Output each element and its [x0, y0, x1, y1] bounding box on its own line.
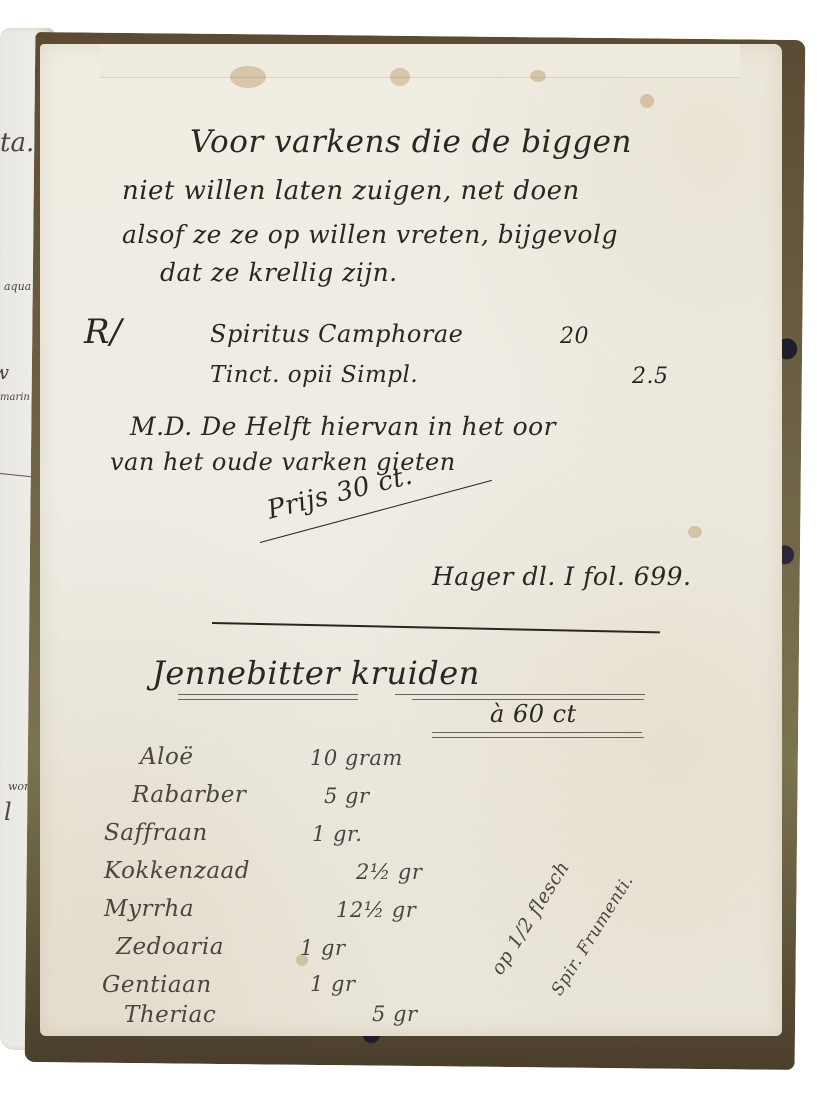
recipe-2-ingredient-amount: 5 gr — [372, 1002, 418, 1026]
notebook-page: Voor varkens die de biggen niet willen l… — [40, 44, 782, 1036]
recipe-1-instruction-line: M.D. De Helft hiervan in het oor — [130, 412, 556, 441]
recipe-2-ingredient-amount: 1 gr. — [312, 822, 362, 846]
page-top-strip — [100, 44, 740, 78]
recipe-2-ingredient-name: Aloë — [140, 744, 193, 770]
recipe-1-title-line: alsof ze ze op willen vreten, bijgevolg — [122, 220, 618, 249]
recipe-2-ingredient-name: Saffraan — [104, 820, 208, 846]
recipe-1-reference: Hager dl. I fol. 699. — [432, 562, 691, 591]
recipe-1-ingredient-name: Spiritus Camphorae — [210, 320, 463, 348]
recipe-2-ingredient-amount: 12½ gr — [336, 898, 416, 922]
left-page-fragment: w — [0, 360, 9, 384]
title-underline — [178, 699, 358, 700]
left-page-fragment: marin — [0, 392, 30, 403]
recipe-2-ingredient-amount: 10 gram — [310, 746, 403, 770]
recipe-2-ingredient-amount: 5 gr — [324, 784, 370, 808]
recipe-2-ingredient-name: Zedoaria — [116, 934, 224, 960]
price-underline — [432, 737, 644, 738]
recipe-1-title-line: Voor varkens die de biggen — [190, 124, 632, 160]
recipe-2-ingredient-name: Gentiaan — [102, 972, 212, 998]
recipe-2-ingredient-amount: 1 gr — [310, 972, 356, 996]
recipe-1-title-line: dat ze krellig zijn. — [160, 258, 398, 287]
recipe-2-ingredient-name: Theriac — [124, 1002, 216, 1028]
left-page-fragment: ta. — [0, 128, 34, 158]
recipe-2-ingredient-amount: 1 gr — [300, 936, 346, 960]
recipe-2-side-note: op 1/2 flesch — [487, 857, 574, 979]
recipe-2-ingredient-name: Rabarber — [132, 782, 246, 808]
recipe-2-side-note: Spir. Frumenti. — [548, 871, 638, 999]
title-underline — [395, 694, 645, 695]
recipe-2-price: à 60 ct — [490, 700, 577, 728]
recipe-2-ingredient-name: Myrrha — [104, 896, 194, 922]
section-divider — [212, 622, 660, 633]
left-page-fragment: aqua — [4, 280, 31, 293]
recipe-1-ingredient-amount: 2.5 — [632, 364, 669, 389]
recipe-1-title-line: niet willen laten zuigen, net doen — [122, 176, 580, 206]
recipe-1-ingredient-amount: 20 — [560, 324, 589, 349]
water-stain — [530, 70, 546, 82]
recipe-1-ingredient-name: Tinct. opii Simpl. — [210, 362, 418, 388]
price-underline — [432, 732, 642, 733]
recipe-2-ingredient-name: Kokkenzaad — [104, 858, 250, 884]
left-page-fragment: l — [4, 798, 12, 826]
water-stain — [390, 68, 410, 86]
rx-symbol: R/ — [84, 312, 122, 352]
foxing-spot — [688, 526, 702, 538]
recipe-2-title: Jennebitter kruiden — [152, 654, 480, 692]
recipe-2-ingredient-amount: 2½ gr — [356, 860, 422, 884]
water-stain — [230, 66, 266, 88]
foxing-spot — [640, 94, 654, 108]
title-underline — [178, 694, 358, 695]
